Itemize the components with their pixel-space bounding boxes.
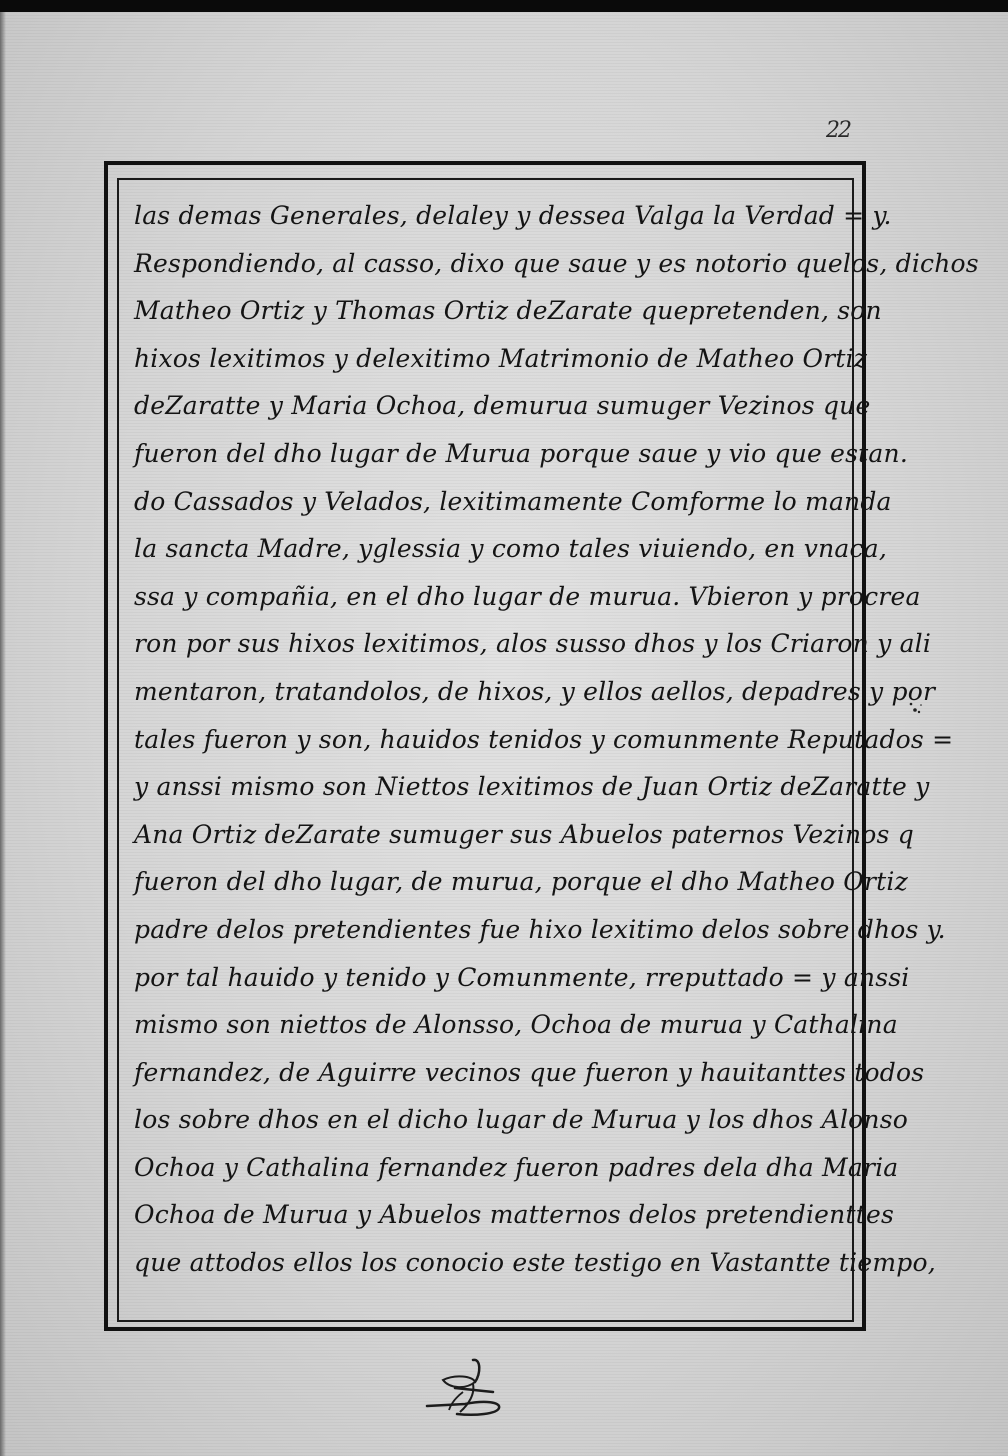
text-line: fueron del dho lugar de Murua porque sau… <box>134 430 846 478</box>
text-line: fueron del dho lugar, de murua, porque e… <box>134 858 846 906</box>
text-line: do Cassados y Velados, lexitimamente Com… <box>134 478 846 526</box>
text-line: por tal hauido y tenido y Comunmente, rr… <box>134 954 846 1002</box>
signature-rubric-icon <box>415 1352 515 1432</box>
text-line: tales fueron y son, hauidos tenidos y co… <box>134 716 846 764</box>
ink-speck-icon <box>905 700 925 720</box>
text-line: que attodos ellos los conocio este testi… <box>134 1239 846 1287</box>
text-line: padre delos pretendientes fue hixo lexit… <box>134 906 846 954</box>
text-line: deZaratte y Maria Ochoa, demurua sumuger… <box>134 382 846 430</box>
text-line: Ochoa de Murua y Abuelos matternos delos… <box>134 1191 846 1239</box>
manuscript-page: 22 las demas Generales, delaley y dessea… <box>0 0 1008 1456</box>
text-line: ssa y compañia, en el dho lugar de murua… <box>134 573 846 621</box>
text-line: la sancta Madre, yglessia y como tales v… <box>134 525 846 573</box>
text-line: Ana Ortiz deZarate sumuger sus Abuelos p… <box>134 811 846 859</box>
text-line: hixos lexitimos y delexitimo Matrimonio … <box>134 335 846 383</box>
text-line: los sobre dhos en el dicho lugar de Muru… <box>134 1096 846 1144</box>
text-line: fernandez, de Aguirre vecinos que fueron… <box>134 1049 846 1097</box>
scan-top-edge <box>0 0 1008 12</box>
text-line: las demas Generales, delaley y dessea Va… <box>134 192 846 240</box>
folio-number: 22 <box>826 118 850 143</box>
text-line: Matheo Ortiz y Thomas Ortiz deZarate que… <box>134 287 846 335</box>
text-line: Respondiendo, al casso, dixo que saue y … <box>134 240 846 288</box>
scan-left-shadow <box>0 12 6 1456</box>
manuscript-text-block: las demas Generales, delaley y dessea Va… <box>134 192 846 1287</box>
text-line: y anssi mismo son Niettos lexitimos de J… <box>134 763 846 811</box>
text-line: Ochoa y Cathalina fernandez fueron padre… <box>134 1144 846 1192</box>
text-line: mentaron, tratandolos, de hixos, y ellos… <box>134 668 846 716</box>
text-line: mismo son niettos de Alonsso, Ochoa de m… <box>134 1001 846 1049</box>
text-line: ron por sus hixos lexitimos, alos susso … <box>134 620 846 668</box>
